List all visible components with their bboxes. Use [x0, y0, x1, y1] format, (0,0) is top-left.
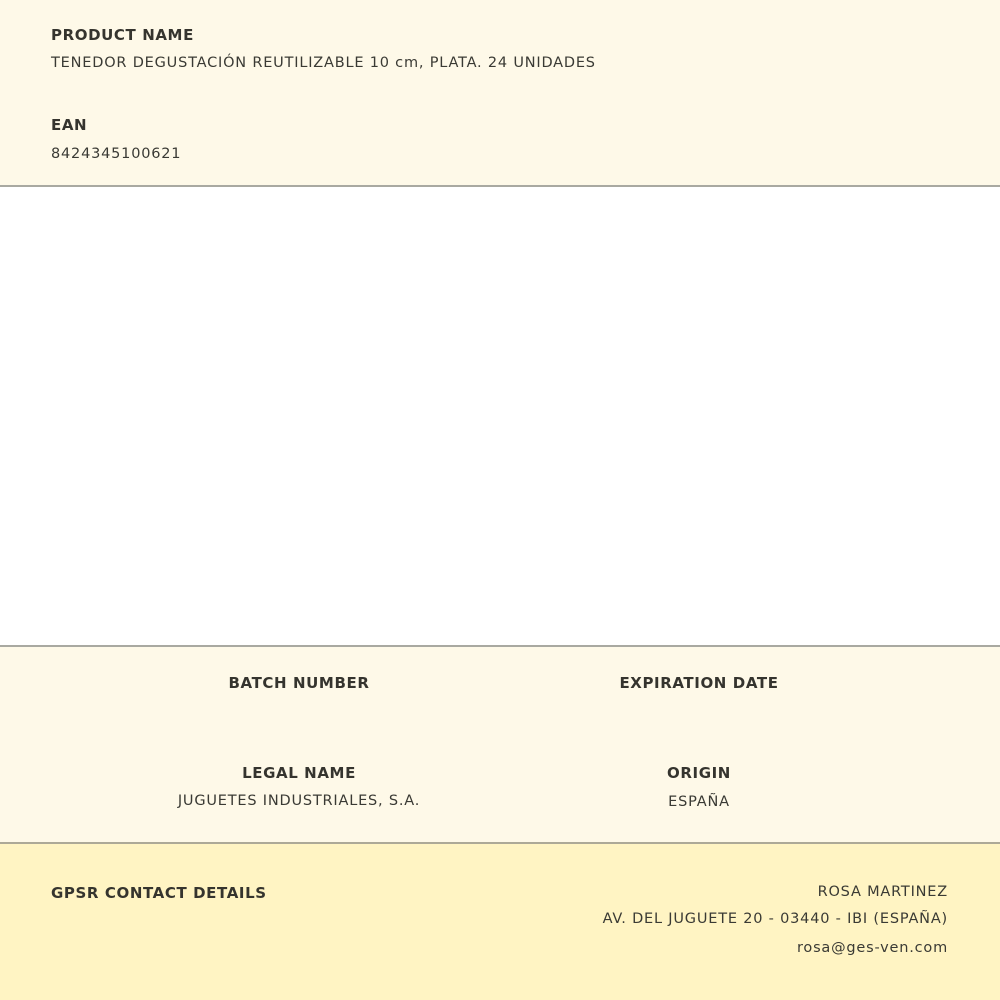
- gpsr-section: GPSR CONTACT DETAILS ROSA MARTINEZ AV. D…: [0, 844, 1000, 1000]
- expiration-date-label: EXPIRATION DATE: [619, 674, 778, 692]
- batch-number-label: BATCH NUMBER: [229, 674, 370, 692]
- product-section: PRODUCT NAME TENEDOR DEGUSTACIÓN REUTILI…: [0, 0, 1000, 185]
- gpsr-contact-label: GPSR CONTACT DETAILS: [51, 884, 267, 902]
- product-name-label: PRODUCT NAME: [51, 26, 194, 44]
- origin-label: ORIGIN: [667, 764, 731, 782]
- origin-value: ESPAÑA: [668, 794, 730, 810]
- info-section: BATCH NUMBER EXPIRATION DATE LEGAL NAME …: [0, 647, 1000, 842]
- legal-name-label: LEGAL NAME: [242, 764, 356, 782]
- product-name-value: TENEDOR DEGUSTACIÓN REUTILIZABLE 10 cm, …: [51, 55, 596, 71]
- legal-name-value: JUGUETES INDUSTRIALES, S.A.: [178, 793, 420, 809]
- blank-area: [0, 187, 1000, 645]
- gpsr-contact-email[interactable]: rosa@ges-ven.com: [797, 940, 948, 956]
- ean-value: 8424345100621: [51, 146, 181, 162]
- gpsr-contact-address: AV. DEL JUGUETE 20 - 03440 - IBI (ESPAÑA…: [603, 911, 948, 927]
- ean-label: EAN: [51, 116, 87, 134]
- gpsr-contact-name: ROSA MARTINEZ: [818, 884, 948, 900]
